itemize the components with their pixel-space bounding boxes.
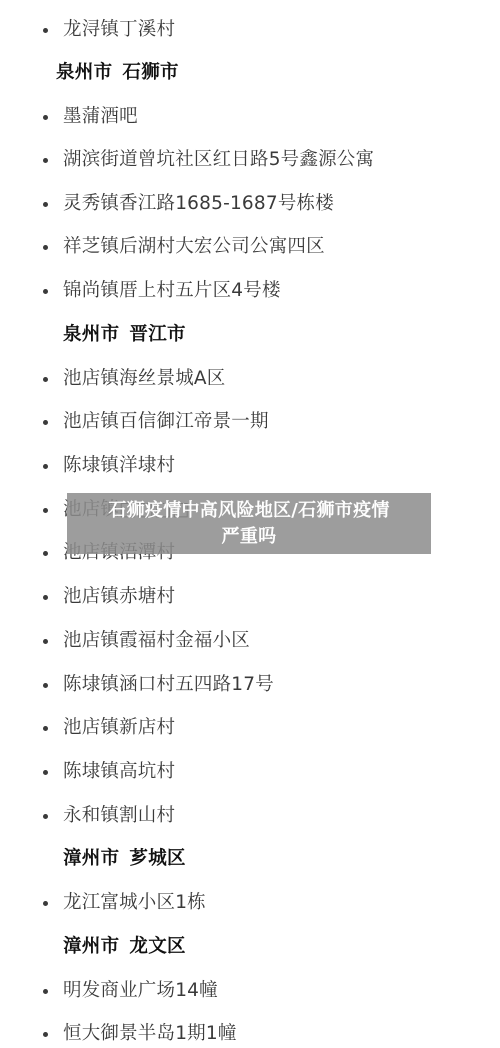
bullet-icon xyxy=(43,508,48,513)
list-item-text: 祥芝镇后湖村大宏公司公寓四区 xyxy=(63,232,325,262)
list-item-text: 明发商业广场14幢 xyxy=(63,976,218,1006)
bullet-icon xyxy=(43,202,48,207)
bullet-icon xyxy=(43,551,48,556)
list-item-text: 陈埭镇涵口村五四路17号 xyxy=(63,670,274,700)
bullet-icon xyxy=(43,115,48,120)
list-item-text: 池店镇赤塘村 xyxy=(63,582,175,612)
section-heading-text: 漳州市龙文区 xyxy=(63,932,186,962)
section-heading-text: 泉州市晋江市 xyxy=(63,320,186,350)
bullet-icon xyxy=(43,726,48,731)
bullet-icon xyxy=(43,683,48,688)
list-item-text: 池店镇百信御江帝景一期 xyxy=(63,407,269,437)
section-heading-text: 泉州市石狮市 xyxy=(56,58,179,88)
list-item-text: 池店镇霞福村金福小区 xyxy=(63,626,250,656)
overlay-title-line-2: 严重吗 xyxy=(67,524,431,550)
heading-city: 漳州市 xyxy=(63,936,119,957)
bullet-icon xyxy=(43,289,48,294)
section-heading-text: 漳州市芗城区 xyxy=(63,844,186,874)
bullet-icon xyxy=(43,158,48,163)
list-item-text: 墨蒲酒吧 xyxy=(63,102,138,132)
heading-city: 泉州市 xyxy=(63,324,119,345)
bullet-icon xyxy=(43,901,48,906)
heading-district: 芗城区 xyxy=(129,848,185,869)
list-item-text: 恒大御景半岛1期1幢 xyxy=(63,1019,237,1048)
title-overlay-banner: 石狮疫情中高风险地区/石狮市疫情 严重吗 xyxy=(67,493,431,554)
list-item-text: 锦尚镇厝上村五片区4号楼 xyxy=(63,276,281,306)
bullet-icon xyxy=(43,814,48,819)
bullet-icon xyxy=(43,595,48,600)
list-item-text: 龙江富城小区1栋 xyxy=(63,888,206,918)
list-item-text: 池店镇新店村 xyxy=(63,713,175,743)
heading-city: 漳州市 xyxy=(63,848,119,869)
bullet-icon xyxy=(43,464,48,469)
list-item-text: 陈埭镇洋埭村 xyxy=(63,451,175,481)
heading-district: 晋江市 xyxy=(129,324,185,345)
list-item-text: 龙浔镇丁溪村 xyxy=(63,15,175,45)
bullet-icon xyxy=(43,639,48,644)
heading-district: 石狮市 xyxy=(122,62,178,83)
overlay-title-line-1: 石狮疫情中高风险地区/石狮市疫情 xyxy=(67,498,431,524)
list-item-text: 池店镇海丝景城A区 xyxy=(63,364,225,394)
bullet-icon xyxy=(43,245,48,250)
bullet-icon xyxy=(43,28,48,33)
list-item-text: 灵秀镇香江路1685-1687号栋楼 xyxy=(63,189,334,219)
bullet-icon xyxy=(43,420,48,425)
bullet-icon xyxy=(43,770,48,775)
heading-district: 龙文区 xyxy=(129,936,185,957)
list-item-text: 湖滨街道曾坑社区红日路5号鑫源公寓 xyxy=(63,145,374,175)
bullet-icon xyxy=(43,377,48,382)
bullet-icon xyxy=(43,1032,48,1037)
heading-city: 泉州市 xyxy=(56,62,112,83)
list-item-text: 陈埭镇高坑村 xyxy=(63,757,175,787)
bullet-icon xyxy=(43,989,48,994)
list-item-text: 永和镇割山村 xyxy=(63,801,175,831)
